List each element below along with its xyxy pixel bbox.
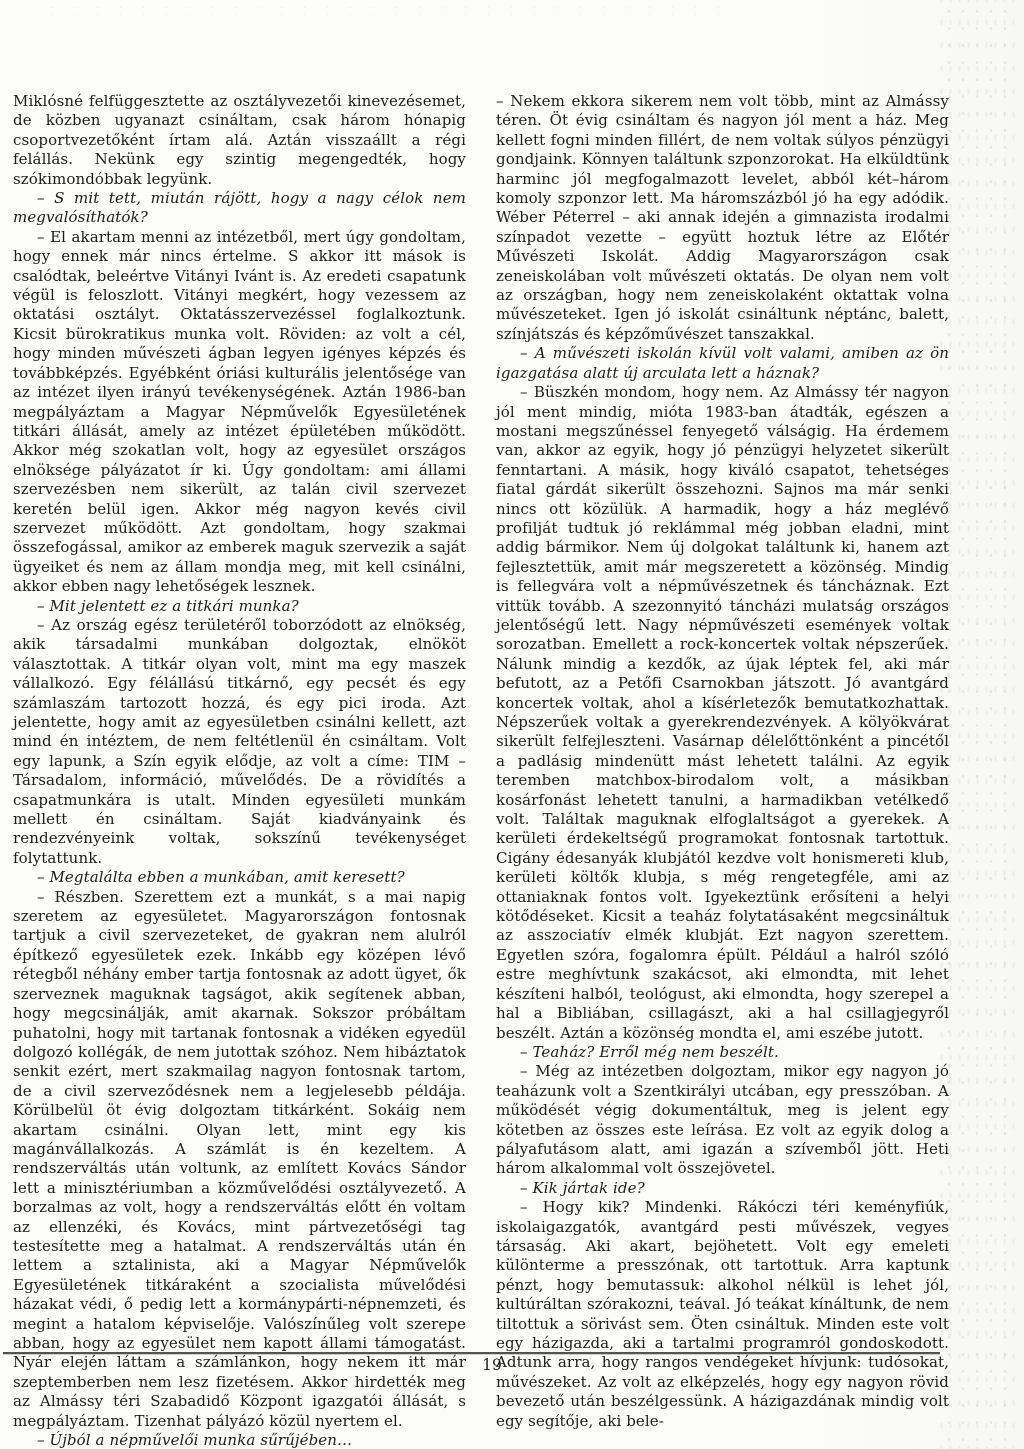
interview-question: – A művészeti iskolán kívül volt valami,… (496, 344, 949, 383)
scan-noise-right (940, 0, 1018, 1449)
interview-question: – S mit tett, miután rájött, hogy a nagy… (13, 189, 466, 228)
interview-question: – Újból a népművelői munka sűrűjében… (13, 1431, 466, 1449)
interview-question: – Kik jártak ide? (496, 1179, 949, 1198)
interview-answer: – Részben. Szerettem ezt a munkát, s a m… (13, 888, 466, 1431)
interview-answer: – Még az intézetben dolgoztam, mikor egy… (496, 1062, 949, 1178)
interview-answer: – Büszkén mondom, hogy nem. Az Almássy t… (496, 383, 949, 1043)
interview-question: – Teaház? Erről még nem beszélt. (496, 1043, 949, 1062)
scan-noise-top (40, 4, 740, 18)
interview-answer: – Nekem ekkora sikerem nem volt több, mi… (496, 92, 949, 344)
interview-question: – Megtalálta ebben a munkában, amit kere… (13, 868, 466, 887)
scanned-document-page: Miklósné felfüggesztette az osztályvezet… (0, 0, 1024, 1449)
interview-answer: – Hogy kik? Mindenki. Rákóczi téri kemén… (496, 1198, 949, 1431)
left-column: Miklósné felfüggesztette az osztályvezet… (13, 92, 466, 1449)
interview-question: – Mit jelentett ez a titkári munka? (13, 597, 466, 616)
interview-answer: – El akartam menni az intézetből, mert ú… (13, 228, 466, 597)
interview-answer: – Az ország egész területéről toborzódot… (13, 616, 466, 868)
footer-divider (3, 1352, 940, 1354)
right-column: – Nekem ekkora sikerem nem volt több, mi… (496, 92, 949, 1431)
page-number: 19 (462, 1356, 522, 1374)
body-paragraph: Miklósné felfüggesztette az osztályvezet… (13, 92, 466, 189)
